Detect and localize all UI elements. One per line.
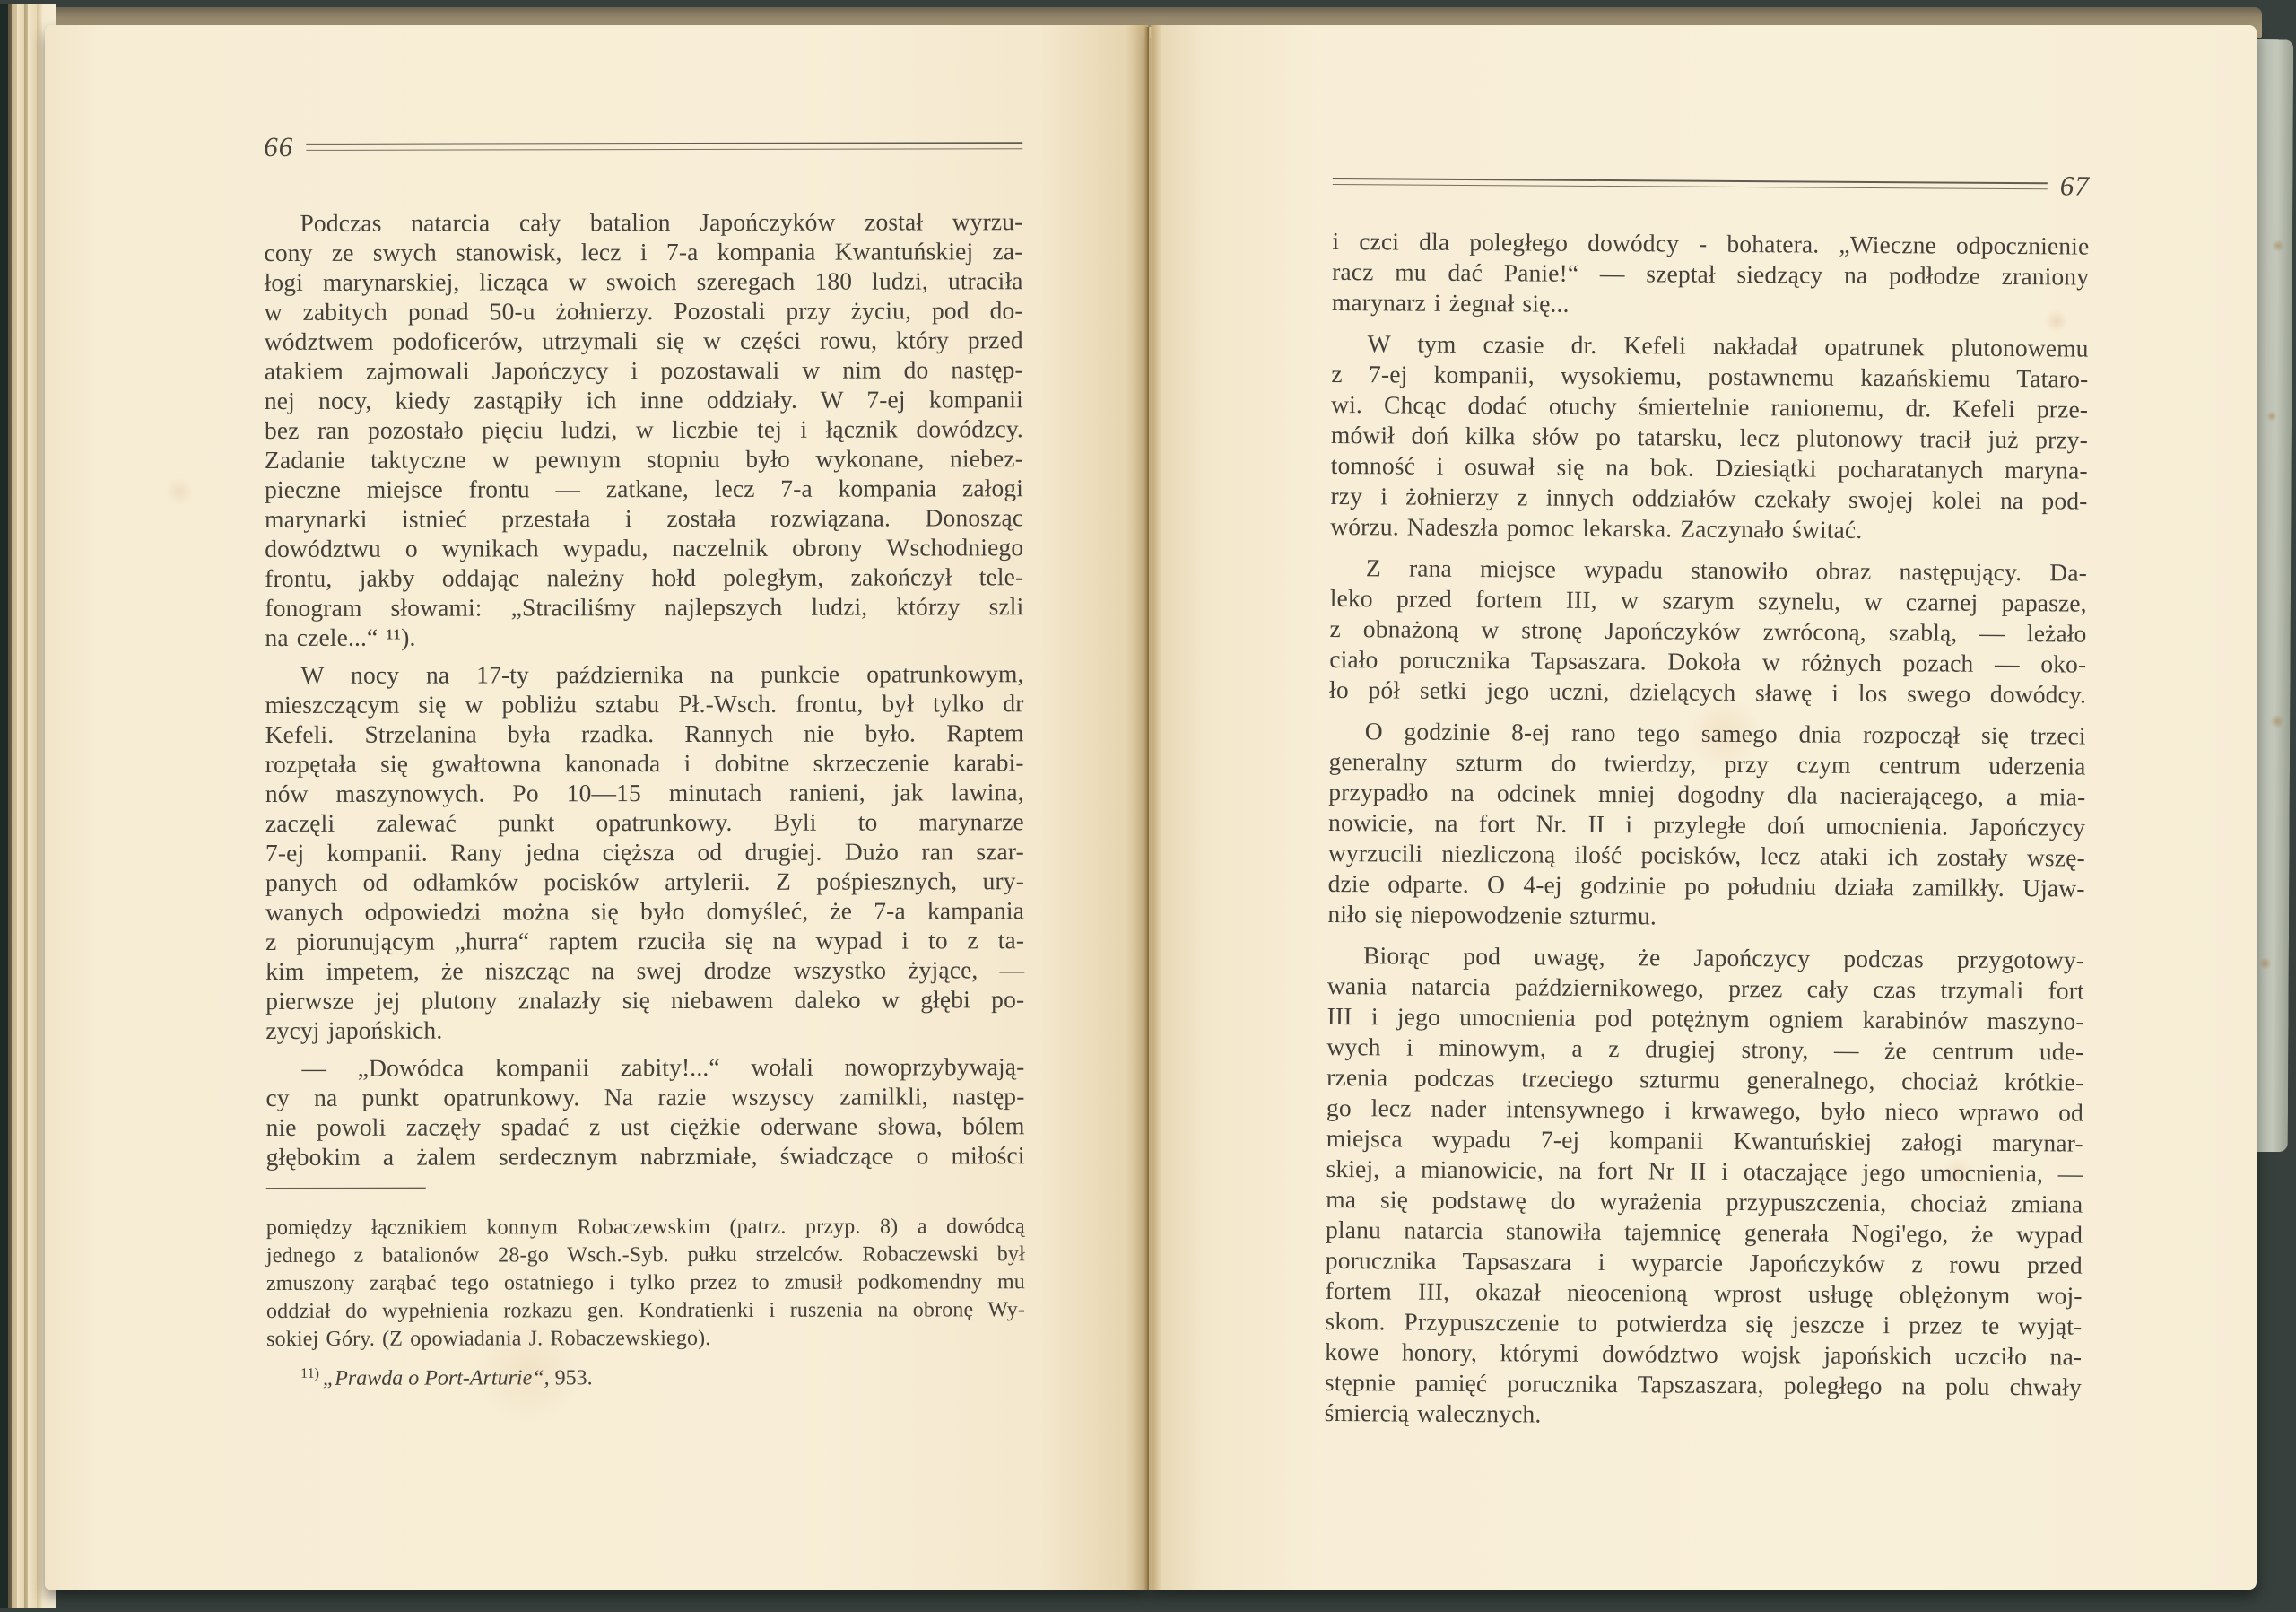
text-line: marynarki istnieć przestała i została ro… — [265, 502, 1023, 534]
text-line: rzenia podczas trzeciego szturmu general… — [1326, 1062, 2083, 1098]
text-line: skom. Przypuszczenie to potwierdza się j… — [1325, 1306, 2082, 1342]
paragraph: i czci dla poległego dowódcy - bohatera.… — [1332, 226, 2090, 323]
text-line: generalny szturm do twierdzy, przy czym … — [1328, 746, 2085, 782]
text-line: pieczne miejsce frontu — zatkane, lecz 7… — [265, 473, 1023, 504]
text-line: wania natarcia październikowego, przez c… — [1327, 971, 2084, 1006]
text-line: W nocy na 17-ty października na punkcie … — [265, 658, 1023, 690]
footnote-continuation: pomiędzy łącznikiem konnym Robaczewskim … — [266, 1213, 1025, 1362]
text-line: łogi marynarskiej, licząca w swoich szer… — [265, 266, 1023, 297]
text-line: go lecz nader intensywnego i krwawego, b… — [1326, 1093, 2083, 1128]
text-line: Kefeli. Strzelanina była rzadka. Rannych… — [265, 718, 1024, 749]
text-line: pomiędzy łącznikiem konnym Robaczewskim … — [266, 1213, 1025, 1242]
text-line: miejsca wypadu 7-ej kompanii Kwantuńskie… — [1326, 1123, 2083, 1159]
text-line: z piorunującym „hurra“ raptem rzuciła si… — [265, 925, 1024, 956]
footnote-title: „Prawda o Port-Arturie“, — [323, 1366, 550, 1390]
text-line: ło pół setki jego uczni, dzielących sław… — [1329, 675, 2086, 710]
footnote-entry-11: 11)„Prawda o Port-Arturie“,953. — [266, 1364, 1025, 1395]
text-line: cony ze swych stanowisk, lecz i 7-a komp… — [264, 236, 1022, 267]
right-page-header: 67 — [1333, 167, 2090, 200]
right-page-content: 67 i czci dla poległego dowódcy - bohate… — [1334, 25, 2091, 30]
left-page: 66 Podczas natarcia cały batalion Japońc… — [45, 25, 1148, 1590]
text-line: ma się podstawę do wyrażenia przypuszcze… — [1326, 1184, 2083, 1220]
footnote-page-ref: 953. — [555, 1366, 593, 1390]
paragraph: pomiędzy łącznikiem konnym Robaczewskim … — [266, 1213, 1025, 1354]
text-line: W tym czasie dr. Kefeli nakładał opatrun… — [1332, 328, 2089, 364]
text-line: dzie odparte. O 4-ej godzinie po południ… — [1328, 868, 2085, 904]
text-line: wych i minowym, a z drugiej strony, — że… — [1326, 1032, 2083, 1067]
text-line: Podczas natarcia cały batalion Japończyk… — [264, 206, 1022, 238]
text-line: wanych odpowiedzi można się było domyśle… — [265, 895, 1024, 927]
text-line: jednego z batalionów 28-go Wsch.-Syb. pu… — [266, 1241, 1025, 1270]
text-line: zmuszony zarąbać tego ostatniego i tylko… — [266, 1268, 1025, 1298]
text-line: wództwem podoficerów, utrzymali się w cz… — [265, 325, 1023, 356]
text-line: fortem III, okazał nieocenioną wprost us… — [1326, 1276, 2083, 1311]
footnote-separator-rule — [266, 1188, 426, 1189]
paragraph: W tym czasie dr. Kefeli nakładał opatrun… — [1330, 328, 2089, 547]
text-line: nie powoli zaczęły spadać z ust ciężkie … — [266, 1111, 1025, 1142]
text-line: mieszczącym się w pobliżu sztabu Pł.-Wsc… — [265, 688, 1024, 719]
text-line: atakiem zajmowali Japończycy i pozostawa… — [265, 354, 1023, 386]
text-line: z obnażoną w stronę Japończyków zwróconą… — [1329, 614, 2086, 649]
paragraph: Z rana miejsce wypadu stanowiło obraz na… — [1329, 553, 2087, 710]
text-line: i czci dla poległego dowódcy - bohatera.… — [1332, 226, 2089, 262]
text-line: cy na punkt opatrunkowy. Na razie wszysc… — [265, 1081, 1024, 1112]
text-line: marynarz i żegnał się... — [1332, 287, 2089, 323]
text-line: Biorąc pod uwagę, że Japończycy podczas … — [1327, 940, 2084, 976]
text-line: panych od odłamków pocisków artylerii. Z… — [265, 866, 1024, 897]
text-line: z 7-ej kompanii, wysokiemu, postawnemu k… — [1331, 359, 2088, 395]
text-line: skiej, a mianowicie, na fort Nr II i ota… — [1326, 1154, 2083, 1189]
text-line: — „Dowódca kompanii zabity!...“ wołali n… — [265, 1051, 1024, 1083]
text-line: wórzu. Nadeszła pomoc lekarska. Zaczynał… — [1330, 511, 2087, 547]
text-line: racz mu dać Panie!“ — szeptał siedzący n… — [1332, 257, 2089, 292]
paragraph: Podczas natarcia cały batalion Japończyk… — [264, 206, 1023, 652]
text-line: Zadanie taktyczne w pewnym stopniu było … — [265, 443, 1023, 475]
text-line: przypadło na odcinek mniej dogodny dla n… — [1328, 777, 2085, 813]
text-line: oddział do wypełnienia rozkazu gen. Kond… — [266, 1296, 1025, 1326]
text-line: na czele...“ ¹¹). — [265, 621, 1023, 652]
text-line: III i jego umocnienia pod potężnym ognie… — [1327, 1001, 2084, 1037]
text-line: porucznika Tapsaszara i wyparcie Japończ… — [1326, 1245, 2083, 1281]
text-line: pierwsze jej plutony znalazły się niebaw… — [265, 984, 1024, 1015]
text-line: nowicie, na fort Nr. II i przyległe doń … — [1328, 807, 2085, 843]
footnote-marker: 11) — [300, 1366, 319, 1381]
text-line: rozpętała się gwałtowna kanonada i dobit… — [265, 747, 1024, 779]
text-line: leko przed fortem III, w szarym szynelu,… — [1330, 583, 2087, 619]
text-line: wi. Chcąc dodać otuchy śmiertelnie ranio… — [1331, 389, 2088, 425]
text-line: ciało porucznika Tapsaszara. Dokoła w ró… — [1329, 644, 2086, 680]
paragraph: Biorąc pod uwagę, że Japończycy podczas … — [1325, 940, 2085, 1433]
right-header-rule — [1333, 177, 2048, 188]
text-line: 7-ej kompanii. Rany jedna cięższa od dru… — [265, 836, 1024, 867]
text-line: rzy i żołnierzy z innych oddziałów czeka… — [1330, 481, 2087, 517]
text-line: zaczęli zalewać punkt opatrunkowy. Byli … — [265, 806, 1024, 838]
right-page-number: 67 — [2060, 171, 2090, 199]
text-line: nów maszynowych. Po 10—15 minutach ranie… — [265, 777, 1024, 808]
left-page-body: Podczas natarcia cały batalion Japończyk… — [264, 206, 1024, 1180]
paragraph: — „Dowódca kompanii zabity!...“ wołali n… — [265, 1051, 1024, 1172]
text-line: zycyj japońskich. — [265, 1014, 1024, 1045]
book-gutter — [1144, 27, 1152, 1590]
left-page-header: 66 — [264, 131, 1022, 161]
paragraph: W nocy na 17-ty października na punkcie … — [265, 658, 1024, 1045]
text-line: wyrzucili niezliczoną ilość pocisków, le… — [1328, 838, 2085, 874]
text-line: nej nocy, kiedy zastąpiły ich inne oddzi… — [265, 384, 1023, 415]
text-line: O godzinie 8-ej rano tego samego dnia ro… — [1329, 716, 2086, 752]
text-line: kim impetem, że niszcząc na swej drodze … — [265, 954, 1024, 986]
text-line: śmiercią walecznych. — [1325, 1398, 2082, 1433]
left-header-rule — [306, 142, 1022, 151]
right-page-body: i czci dla poległego dowódcy - bohatera.… — [1325, 226, 2090, 1444]
text-line: stępnie pamięć porucznika Tapszaszara, p… — [1325, 1367, 2082, 1403]
text-line: kowe honory, którymi dowództwo wojsk jap… — [1325, 1337, 2082, 1372]
text-line: sokiej Góry. (Z opowiadania J. Robaczews… — [266, 1324, 1025, 1354]
text-line: tomność i osuwał się na bok. Dziesiątki … — [1331, 450, 2088, 486]
text-line: mówił doń kilka słów po tatarsku, lecz p… — [1331, 420, 2088, 456]
text-line: bez ran pozostało pięciu ludzi, w liczbi… — [265, 414, 1023, 445]
text-line: planu natarcia stanowiła tajemnicę gener… — [1326, 1215, 2083, 1250]
text-line: fonogram słowami: „Straciliśmy najlepszy… — [265, 591, 1023, 623]
text-line: głębokim a żalem serdecznym nabrzmiałe, … — [266, 1140, 1025, 1172]
left-page-number: 66 — [264, 133, 293, 161]
text-line: w zabitych ponad 50-u żołnierzy. Pozosta… — [265, 295, 1023, 327]
paragraph: O godzinie 8-ej rano tego samego dnia ro… — [1327, 716, 2086, 935]
text-line: dowództwu o wynikach wypadu, naczelnik o… — [265, 532, 1023, 563]
text-line: niło się niepowodzenie szturmu. — [1327, 899, 2084, 935]
text-line: Z rana miejsce wypadu stanowiło obraz na… — [1330, 553, 2087, 588]
right-page: 67 i czci dla poległego dowódcy - bohate… — [1151, 25, 2257, 1590]
text-line: frontu, jakby oddając należny hołd poleg… — [265, 562, 1023, 593]
book-spread: 66 Podczas natarcia cały batalion Japońc… — [0, 0, 2296, 1612]
